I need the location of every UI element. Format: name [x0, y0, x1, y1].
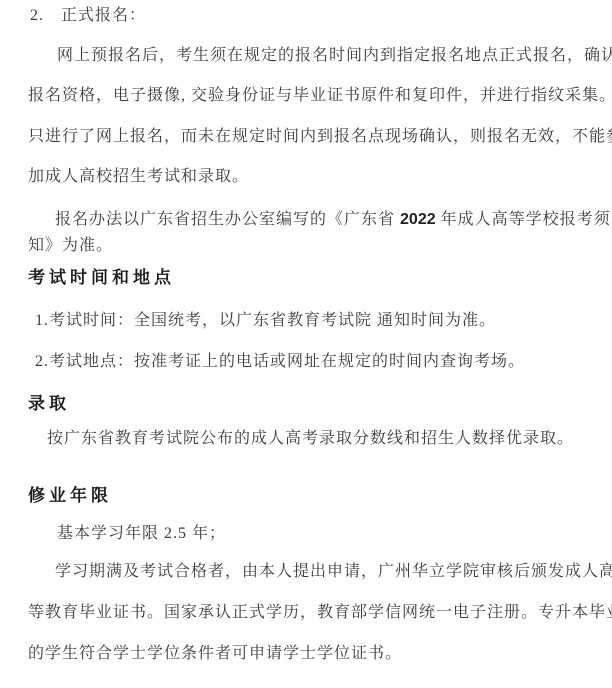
para-basic-study-years: 基本学习年限 2.5 年； — [57, 524, 226, 544]
para-invalid-registration-line-2: 加成人高校招生考试和录取。 — [28, 167, 249, 187]
item-exam-location: 2.考试地点：按准考证上的电话或网址在规定的时间内查询考场。 — [35, 352, 525, 372]
registration-guide-year: 2022 — [400, 211, 436, 228]
para-graduation-line-3: 的学生符合学士学位条件者可申请学士学位证书。 — [28, 644, 402, 664]
item-2-formal-registration-heading: 2. 正式报名： — [30, 6, 146, 26]
para-graduation-line-2: 等教育毕业证书。国家承认正式学历，教育部学信网统一电子注册。专升本毕业 — [28, 603, 612, 623]
section-heading-exam-time-location: 考试时间和地点 — [28, 268, 175, 288]
section-heading-study-duration: 修业年限 — [28, 486, 112, 506]
section-heading-admission: 录取 — [28, 394, 70, 414]
para-onsite-confirmation-line-1: 网上预报名后，考生须在规定的报名时间内到指定报名地点正式报名，确认 — [57, 46, 612, 66]
para-graduation-line-1: 学习期满及考试合格者，由本人提出申请，广州华立学院审核后颁发成人高 — [55, 562, 612, 582]
document-page: 2. 正式报名： 网上预报名后，考生须在规定的报名时间内到指定报名地点正式报名，… — [0, 0, 612, 688]
para-registration-guide-line-1: 报名办法以广东省招生办公室编写的《广东省 2022 年成人高等学校报考须 — [55, 210, 611, 230]
para-onsite-confirmation-line-2: 报名资格，电子摄像, 交验身份证与毕业证书原件和复印件，并进行指纹采集。 — [28, 86, 612, 106]
registration-guide-text-post: 年成人高等学校报考须 — [436, 211, 611, 228]
item-exam-time: 1.考试时间：全国统考，以广东省教育考试院 通知时间为准。 — [35, 311, 496, 331]
para-registration-guide-line-2: 知》为准。 — [28, 236, 113, 256]
para-invalid-registration-line-1: 只进行了网上报名，而未在规定时间内到报名点现场确认，则报名无效，不能参 — [28, 127, 612, 147]
para-admission: 按广东省教育考试院公布的成人高考录取分数线和招生人数择优录取。 — [47, 429, 574, 449]
registration-guide-text-pre: 报名办法以广东省招生办公室编写的《广东省 — [55, 211, 400, 228]
